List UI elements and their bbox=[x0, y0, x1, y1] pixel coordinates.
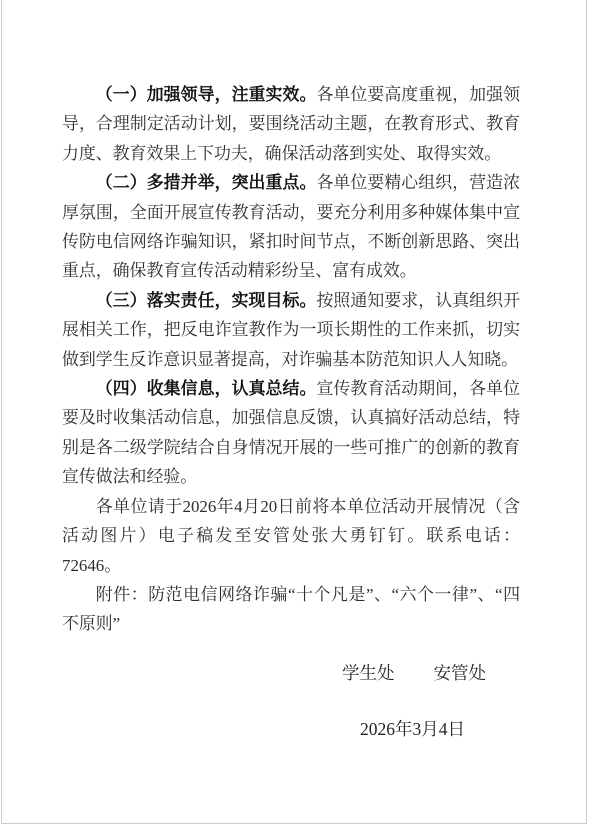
signature-line: 学生处 安管处 bbox=[342, 661, 486, 685]
paragraph-deadline-text: 各单位请于2026年4月20日前将本单位活动开展情况（含活动图片）电子稿发至安管… bbox=[62, 497, 520, 575]
paragraph-deadline: 各单位请于2026年4月20日前将本单位活动开展情况（含活动图片）电子稿发至安管… bbox=[62, 492, 520, 580]
paragraph-4: （四）收集信息，认真总结。宣传教育活动期间，各单位要及时收集活动信息，加强信息反… bbox=[62, 374, 520, 492]
document-body: （一）加强领导，注重实效。各单位要高度重视，加强领导，合理制定活动计划，要围绕活… bbox=[62, 80, 520, 639]
paragraph-2: （二）多措并举，突出重点。各单位要精心组织，营造浓厚氛围，全面开展宣传教育活动，… bbox=[62, 168, 520, 286]
paragraph-3-heading: （三）落实责任，实现目标。 bbox=[96, 291, 317, 310]
document-page: （一）加强领导，注重实效。各单位要高度重视，加强领导，合理制定活动计划，要围绕活… bbox=[0, 0, 591, 830]
paragraph-1-heading: （一）加强领导，注重实效。 bbox=[96, 85, 317, 104]
dept-security-office: 安管处 bbox=[434, 661, 487, 685]
date-line: 2026年3月4日 bbox=[360, 717, 465, 741]
paragraph-4-heading: （四）收集信息，认真总结。 bbox=[96, 379, 317, 398]
paragraph-attachment: 附件：防范电信网络诈骗“十个凡是”、“六个一律”、“四不原则” bbox=[62, 580, 520, 639]
paragraph-3: （三）落实责任，实现目标。按照通知要求，认真组织开展相关工作，把反电诈宣教作为一… bbox=[62, 286, 520, 374]
paragraph-2-heading: （二）多措并举，突出重点。 bbox=[96, 173, 317, 192]
paragraph-1: （一）加强领导，注重实效。各单位要高度重视，加强领导，合理制定活动计划，要围绕活… bbox=[62, 80, 520, 168]
paragraph-attachment-text: 附件：防范电信网络诈骗“十个凡是”、“六个一律”、“四不原则” bbox=[62, 585, 520, 633]
dept-student-affairs: 学生处 bbox=[342, 661, 395, 685]
